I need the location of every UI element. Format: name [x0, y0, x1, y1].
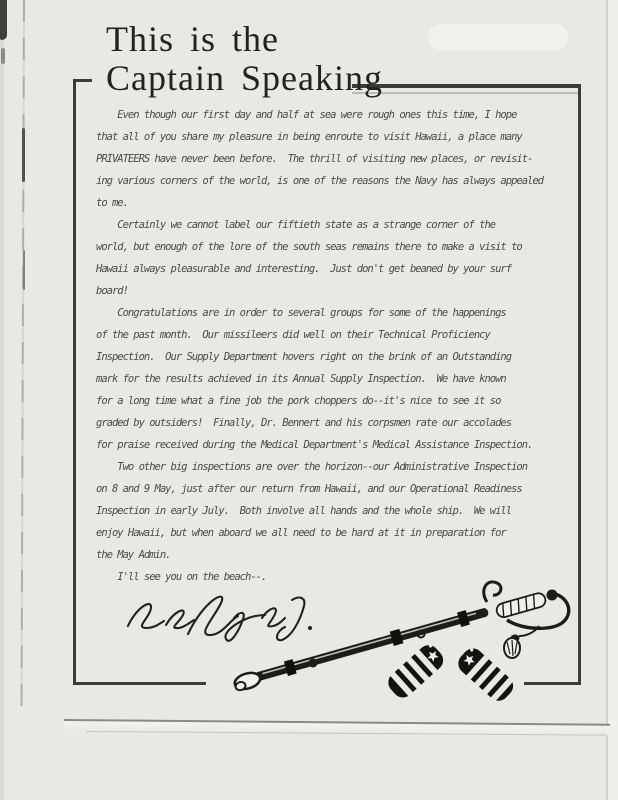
page-title-line1: This is the: [106, 20, 279, 58]
frame-top-rule-echo: [352, 92, 578, 94]
frame-bottom-left-rule: [73, 682, 206, 685]
scan-artifact-corner-smudge: [1, 48, 5, 64]
scan-artifact-light-smudge: [428, 24, 568, 50]
epaulette-icon: [383, 640, 448, 702]
scan-artifact-page-fold-line: [21, 0, 25, 706]
letter-body: Even though our first day and half at se…: [96, 104, 570, 588]
sword-and-epaulettes-illustration: [225, 570, 585, 710]
scan-artifact-dark-mark: [23, 250, 25, 290]
frame-top-rule: [352, 84, 581, 88]
scanned-letter-page: This is the Captain Speaking Even though…: [0, 0, 618, 800]
scan-artifact-right-edge: [606, 0, 608, 800]
scan-artifact-right-strip: [608, 0, 618, 800]
letter-paragraph: Two other big inspections are over the h…: [96, 456, 570, 566]
letter-paragraph: Certainly we cannot label our fiftieth s…: [96, 214, 570, 302]
page-title-line2: Captain Speaking: [106, 59, 383, 97]
scan-artifact-dark-mark: [22, 128, 25, 182]
frame-top-left-stub: [73, 79, 92, 82]
letter-paragraph: Congratulations are in order to several …: [96, 302, 570, 456]
scan-artifact-corner-smudge: [0, 0, 7, 40]
scan-artifact-left-strip: [0, 0, 4, 800]
frame-left-border: [73, 79, 76, 684]
letter-paragraph: Even though our first day and half at se…: [96, 104, 570, 214]
